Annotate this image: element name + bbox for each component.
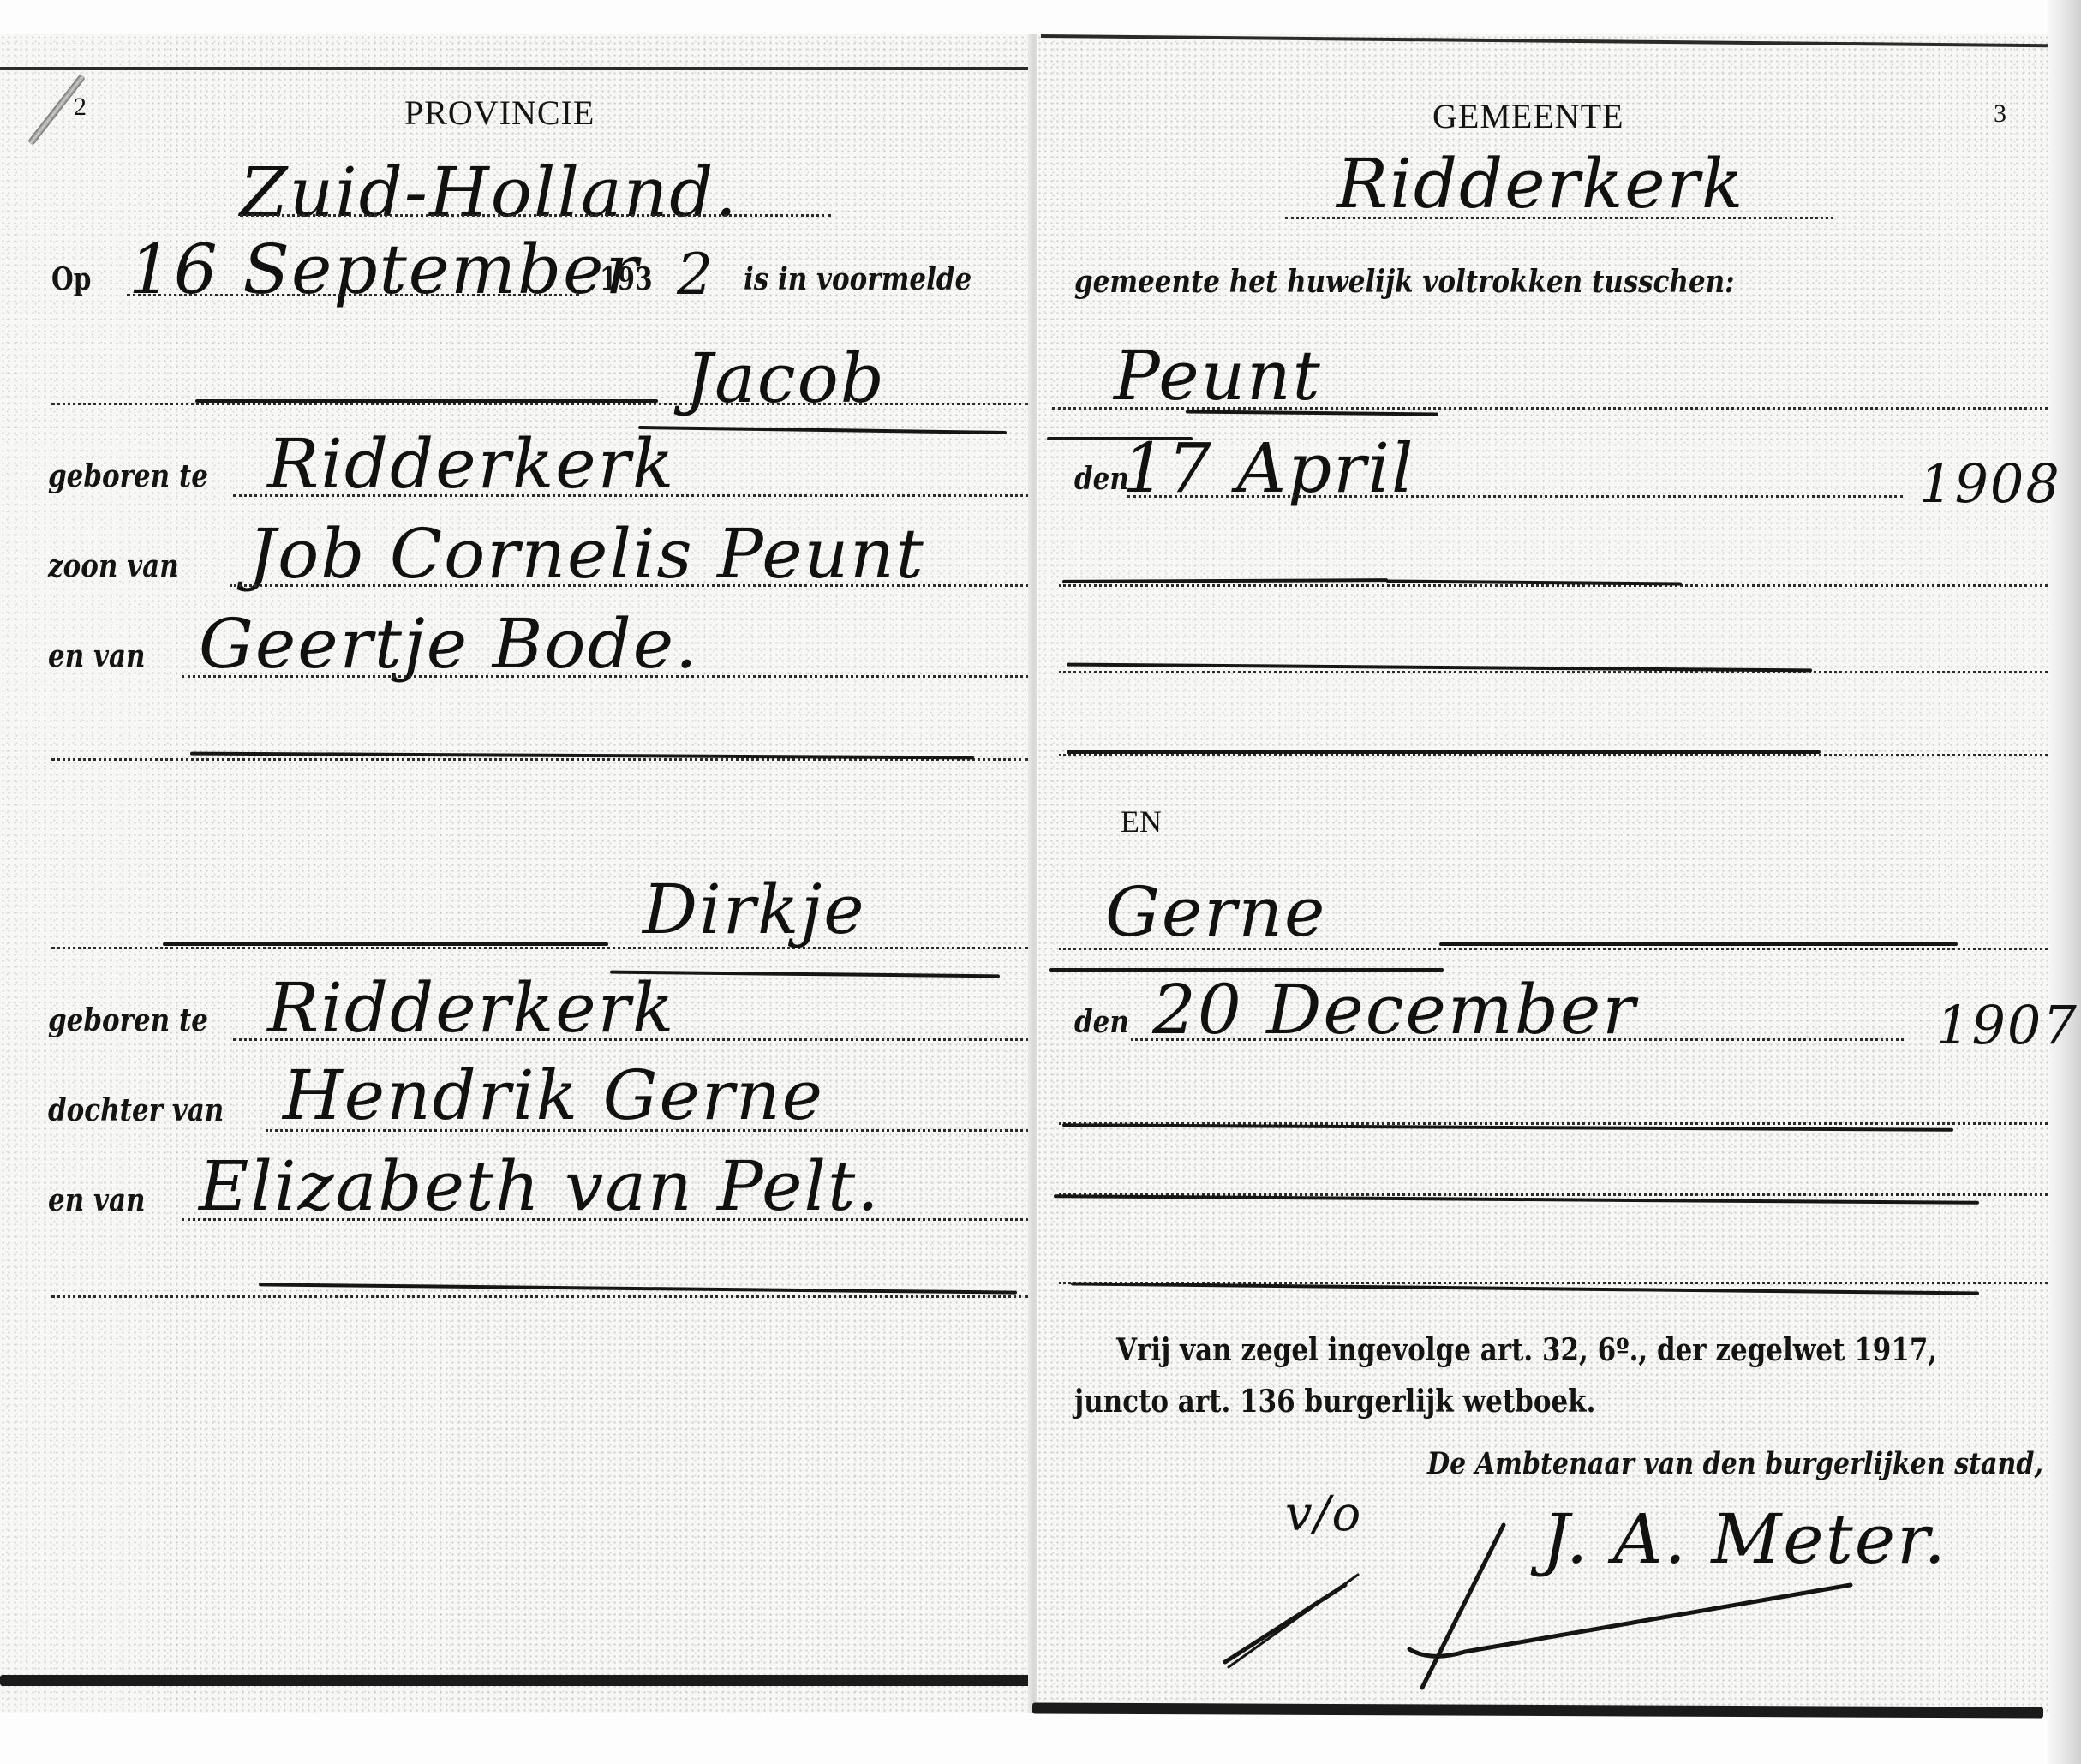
groom-mother-line — [182, 675, 1028, 678]
bride-father-label: dochter van — [48, 1092, 224, 1128]
bride-surname-line — [1059, 948, 2048, 950]
cancel-stroke — [163, 942, 608, 946]
heading-provincie: PROVINCIE — [404, 93, 595, 133]
groom-extra-line-3 — [1059, 754, 2048, 756]
marriage-date-value: 16 September — [129, 230, 640, 309]
left-page-top-rule — [0, 67, 1032, 70]
cancel-stroke — [1439, 942, 1958, 946]
groom-birthdate-line — [1127, 495, 1903, 498]
groom-birthplace-value: Ridderkerk — [267, 424, 675, 504]
groom-mother-label: en van — [48, 638, 146, 674]
scan-right-edge — [2047, 0, 2081, 1764]
groom-surname-line — [1052, 407, 2048, 410]
left-page-bottom-rule — [0, 1675, 1037, 1686]
stamp-exemption-line1: Vrij van zegel ingevolge art. 32, 6º., d… — [1116, 1332, 1937, 1368]
official-title: De Ambtenaar van den burgerlijken stand, — [1427, 1446, 2043, 1481]
bride-first-name-value: Dirkje — [643, 870, 866, 949]
groom-surname-value: Peunt — [1114, 336, 1322, 416]
groom-father-value: Job Cornelis Peunt — [248, 514, 925, 594]
bride-mother-value: Elizabeth van Pelt. — [199, 1146, 881, 1226]
page-number-right: 3 — [1994, 99, 2006, 129]
year-digit-value: 2 — [677, 242, 715, 308]
bride-mother-label: en van — [48, 1182, 146, 1218]
bride-birthdate-label: den — [1074, 1004, 1129, 1040]
province-line — [240, 214, 831, 217]
bride-mother-line — [182, 1218, 1028, 1221]
signature-flourish — [1217, 1491, 1868, 1696]
municipality-line — [1285, 217, 1833, 219]
groom-extra-line-2 — [1059, 671, 2048, 673]
conjunction-en: EN — [1121, 804, 1162, 840]
bride-birthplace-line — [233, 1038, 1028, 1041]
bride-surname-value: Gerne — [1105, 872, 1326, 952]
continuation-text: gemeente het huwelijk voltrokken tussche… — [1074, 264, 1735, 300]
date-suffix: is in voormelde — [744, 261, 972, 297]
heading-gemeente: GEMEENTE — [1432, 96, 1624, 136]
municipality-value: Ridderkerk — [1337, 144, 1744, 224]
bride-birth-year-value: 1907 — [1936, 994, 2078, 1056]
bride-father-line — [266, 1129, 1028, 1132]
year-printed: 193 — [600, 261, 653, 297]
groom-extra-line — [1059, 584, 2048, 587]
bride-birthplace-label: geboren te — [48, 1002, 208, 1038]
groom-birth-year-value: 1908 — [1919, 452, 2061, 515]
province-value: Zuid-Holland. — [240, 152, 739, 232]
bride-birthdate-line — [1131, 1038, 1904, 1041]
cancel-stroke — [1067, 750, 1821, 754]
groom-mother-value: Geertje Bode. — [199, 604, 699, 684]
groom-birthdate-label: den — [1074, 461, 1129, 497]
stamp-exemption-line2: juncto art. 136 burgerlijk wetboek. — [1074, 1384, 1595, 1420]
groom-birthplace-label: geboren te — [48, 458, 208, 494]
cancel-stroke — [195, 399, 658, 403]
bride-name-line — [51, 947, 1028, 949]
bride-birthplace-value: Ridderkerk — [267, 968, 675, 1048]
page-number-left: 2 — [74, 93, 87, 122]
marriage-date-line — [127, 294, 579, 296]
bride-father-value: Hendrik Gerne — [283, 1055, 824, 1135]
bride-extra-line — [51, 1295, 1028, 1298]
groom-birthplace-line — [233, 494, 1028, 497]
groom-first-name-value: Jacob — [685, 338, 886, 418]
groom-father-label: zoon van — [48, 548, 179, 584]
groom-father-line — [230, 584, 1028, 587]
date-prefix: Op — [51, 261, 91, 297]
